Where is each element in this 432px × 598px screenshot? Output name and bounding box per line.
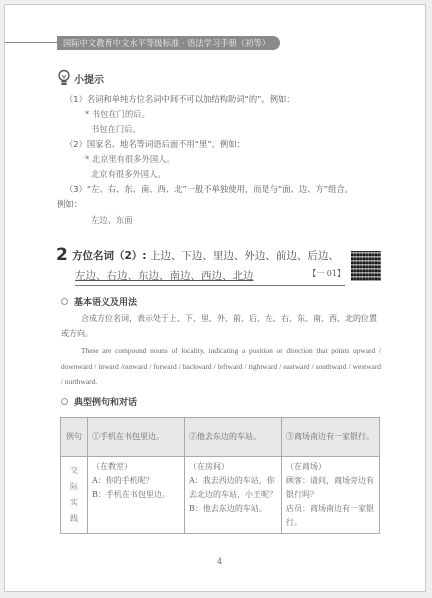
dialogue-line: A：你的手机呢？ (92, 474, 180, 488)
dialogue-line: 顾客：请问，商场旁边有银行吗？ (286, 474, 375, 502)
section-title-line2: 左边、右边、东边、南边、西边、北边 【一 01】 (75, 268, 345, 286)
example-sentence: ③商场南边有一家银行。 (282, 418, 380, 457)
section-title-words-2: 左边、右边、东边、南边、西边、北边 (75, 268, 254, 283)
row-label: 交 际 实 践 (61, 457, 88, 534)
tip-example: 北京有很多外国人。 (91, 168, 166, 180)
basic-heading-text: 基本语义及用法 (74, 295, 137, 308)
audio-tag: 【一 01】 (308, 268, 345, 283)
book-page: 国际中文教育中文水平等级标准 · 语法学习手册（初等） 小提示 （1）名词和单纯… (4, 4, 426, 592)
dialogue-line: A：我去西边的车站，你去北边的车站，小王呢？ (189, 474, 277, 502)
examples-heading-text: 典型例句和对话 (74, 395, 137, 408)
dialogue-place: （在教室） (92, 460, 180, 474)
dialogue-line: 店员：商场南边有一家银行。 (286, 502, 375, 530)
row-label-char: 践 (70, 511, 78, 527)
basic-en-text: These are compound nouns of locality, in… (61, 343, 381, 390)
page-number: 4 (217, 557, 222, 566)
qr-code-icon[interactable] (351, 251, 381, 281)
tip-item-3-cont: 例如： (57, 198, 82, 210)
tip-example: * 北京里有很多外国人。 (85, 153, 175, 165)
dialogue-cell: （在房间） A：我去西边的车站，你去北边的车站，小王呢？ B：他去东边的车站。 (185, 457, 282, 534)
examples-heading: 典型例句和对话 (61, 395, 137, 408)
row-label-char: 实 (70, 495, 78, 511)
dialogue-cell: （在教室） A：你的手机呢？ B：手机在书包里边。 (88, 457, 185, 534)
dialogue-place: （在商场） (286, 460, 375, 474)
circle-bullet-icon (61, 298, 68, 305)
tip-heading: 小提示 (57, 69, 104, 87)
tip-item-3: （3）“左、右、东、南、西、北”一般不单独使用，而是与“面、边、方”组合。 (65, 183, 353, 195)
basic-heading: 基本语义及用法 (61, 295, 137, 308)
example-sentence: ①手机在书包里边。 (88, 418, 185, 457)
example-sentence: ②他去东边的车站。 (185, 418, 282, 457)
tip-title: 小提示 (74, 71, 104, 86)
section-title-bold: 方位名词（2）: (72, 250, 147, 262)
basic-zh-text: 合成方位名词，表示处于上、下、里、外、前、后、左、右、东、南、西、北的位置或方向… (61, 311, 381, 341)
section-title: 方位名词（2）: 上边、下边、里边、外边、前边、后边、 (72, 248, 339, 263)
section-number: 2 (56, 245, 68, 265)
row-label: 例句 (61, 418, 88, 457)
dialogue-line: B：他去东边的车站。 (189, 502, 277, 516)
table-row: 交 际 实 践 （在教室） A：你的手机呢？ B：手机在书包里边。 （在房间） … (61, 457, 380, 534)
row-label-char: 交 (70, 463, 78, 479)
circle-bullet-icon (61, 398, 68, 405)
row-label-char: 际 (70, 479, 78, 495)
dialogue-line: B：手机在书包里边。 (92, 488, 180, 502)
examples-table: 例句 ①手机在书包里边。 ②他去东边的车站。 ③商场南边有一家银行。 交 际 实… (60, 417, 380, 534)
header-rule (5, 42, 61, 43)
tip-example: 书包在门后。 (91, 123, 141, 135)
tip-item-1: （1）名词和单纯方位名词中间不可以加结构助词“的”。例如： (65, 93, 295, 105)
table-row: 例句 ①手机在书包里边。 ②他去东边的车站。 ③商场南边有一家银行。 (61, 418, 380, 457)
tip-example: * 书包在门的后。 (85, 108, 150, 120)
section-title-words: 上边、下边、里边、外边、前边、后边、 (150, 250, 339, 262)
running-title: 国际中文教育中文水平等级标准 · 语法学习手册（初等） (57, 36, 280, 50)
tip-item-2: （2）国家名、地名等词语后面不用“里”。例如： (65, 138, 245, 150)
tip-example: 左边、东面 (91, 214, 133, 226)
dialogue-place: （在房间） (189, 460, 277, 474)
dialogue-cell: （在商场） 顾客：请问，商场旁边有银行吗？ 店员：商场南边有一家银行。 (282, 457, 380, 534)
lightbulb-icon (57, 69, 71, 87)
